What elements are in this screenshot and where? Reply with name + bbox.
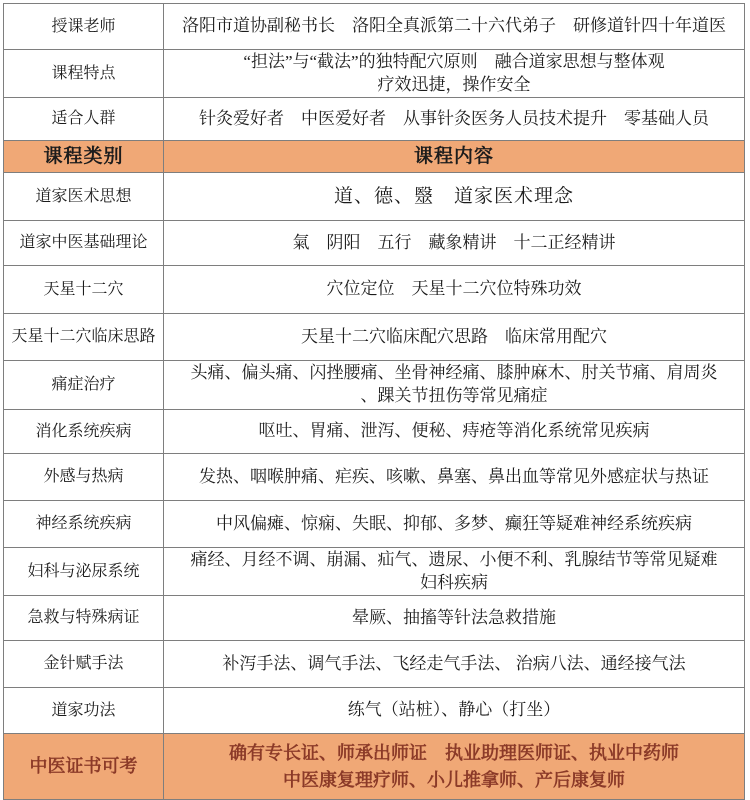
course-info-table: 授课老师 洛阳市道协副秘书长 洛阳全真派第二十六代弟子 研修道针四十年道医 课程… — [3, 3, 745, 800]
row-label: 消化系统疾病 — [4, 410, 164, 453]
row-content: 洛阳市道协副秘书长 洛阳全真派第二十六代弟子 研修道针四十年道医 — [164, 4, 744, 49]
row-label: 天星十二穴 — [4, 266, 164, 313]
row-content: 头痛、偏头痛、闪挫腰痛、坐骨神经痛、膝肿麻木、肘关节痛、肩周炎 、踝关节扭伤等常… — [164, 361, 744, 409]
row-content: 练气（站桩）、静心（打坐） — [164, 688, 744, 733]
row-content: 氣 阴阳 五行 藏象精讲 十二正经精讲 — [164, 221, 744, 265]
row-content: 中风偏瘫、惊痫、失眠、抑郁、多梦、癫狂等疑难神经系统疾病 — [164, 501, 744, 547]
column-header-category: 课程类别 — [4, 141, 164, 172]
row-label: 适合人群 — [4, 98, 164, 140]
table-row-course: 道家医术思想 道、德、毉 道家医术理念 — [4, 173, 744, 221]
table-row-course: 外感与热病 发热、咽喉肿痛、疟疾、咳嗽、鼻塞、鼻出血等常见外感症状与热证 — [4, 454, 744, 501]
row-label: 外感与热病 — [4, 454, 164, 500]
row-label: 天星十二穴临床思路 — [4, 314, 164, 360]
row-label: 道家中医基础理论 — [4, 221, 164, 265]
table-row-course: 道家功法 练气（站桩）、静心（打坐） — [4, 688, 744, 734]
table-row-course: 痛症治疗 头痛、偏头痛、闪挫腰痛、坐骨神经痛、膝肿麻木、肘关节痛、肩周炎 、踝关… — [4, 361, 744, 410]
row-content: 针灸爱好者 中医爱好者 从事针灸医务人员技术提升 零基础人员 — [164, 98, 744, 140]
table-row-audience: 适合人群 针灸爱好者 中医爱好者 从事针灸医务人员技术提升 零基础人员 — [4, 98, 744, 141]
column-header-content: 课程内容 — [164, 141, 744, 172]
row-content: 天星十二穴临床配穴思路 临床常用配穴 — [164, 314, 744, 360]
row-content: 确有专长证、师承出师证 执业助理医师证、执业中药师 中医康复理疗师、小儿推拿师、… — [164, 734, 744, 799]
row-label: 神经系统疾病 — [4, 501, 164, 547]
row-content: 道、德、毉 道家医术理念 — [164, 173, 744, 220]
row-label: 痛症治疗 — [4, 361, 164, 409]
row-label: 课程特点 — [4, 50, 164, 97]
row-content: “担法”与“截法”的独特配穴原则 融合道家思想与整体观 疗效迅捷，操作安全 — [164, 50, 744, 97]
table-row-course: 妇科与泌尿系统 痛经、月经不调、崩漏、疝气、遗尿、小便不利、乳腺结节等常见疑难 … — [4, 548, 744, 596]
row-content: 发热、咽喉肿痛、疟疾、咳嗽、鼻塞、鼻出血等常见外感症状与热证 — [164, 454, 744, 500]
row-content: 痛经、月经不调、崩漏、疝气、遗尿、小便不利、乳腺结节等常见疑难 妇科疾病 — [164, 548, 744, 595]
row-content: 补泻手法、调气手法、飞经走气手法、 治病八法、通经接气法 — [164, 641, 744, 687]
row-label: 急救与特殊病证 — [4, 596, 164, 640]
row-label: 道家功法 — [4, 688, 164, 733]
row-content: 穴位定位 天星十二穴位特殊功效 — [164, 266, 744, 313]
row-content: 呕吐、胃痛、泄泻、便秘、痔疮等消化系统常见疾病 — [164, 410, 744, 453]
table-row-course: 消化系统疾病 呕吐、胃痛、泄泻、便秘、痔疮等消化系统常见疾病 — [4, 410, 744, 454]
table-row-course: 金针赋手法 补泻手法、调气手法、飞经走气手法、 治病八法、通经接气法 — [4, 641, 744, 688]
table-row-course: 急救与特殊病证 晕厥、抽搐等针法急救措施 — [4, 596, 744, 641]
table-row-course: 神经系统疾病 中风偏瘫、惊痫、失眠、抑郁、多梦、癫狂等疑难神经系统疾病 — [4, 501, 744, 548]
row-content: 晕厥、抽搐等针法急救措施 — [164, 596, 744, 640]
row-label: 道家医术思想 — [4, 173, 164, 220]
table-row-course: 天星十二穴 穴位定位 天星十二穴位特殊功效 — [4, 266, 744, 314]
row-label: 授课老师 — [4, 4, 164, 49]
table-header-row: 课程类别 课程内容 — [4, 141, 744, 173]
table-row-course: 道家中医基础理论 氣 阴阳 五行 藏象精讲 十二正经精讲 — [4, 221, 744, 266]
row-label: 妇科与泌尿系统 — [4, 548, 164, 595]
table-row-course: 天星十二穴临床思路 天星十二穴临床配穴思路 临床常用配穴 — [4, 314, 744, 361]
row-label: 金针赋手法 — [4, 641, 164, 687]
table-row-features: 课程特点 “担法”与“截法”的独特配穴原则 融合道家思想与整体观 疗效迅捷，操作… — [4, 50, 744, 98]
table-row-instructor: 授课老师 洛阳市道协副秘书长 洛阳全真派第二十六代弟子 研修道针四十年道医 — [4, 4, 744, 50]
table-footer-row-certificates: 中医证书可考 确有专长证、师承出师证 执业助理医师证、执业中药师 中医康复理疗师… — [4, 734, 744, 799]
row-label: 中医证书可考 — [4, 734, 164, 799]
